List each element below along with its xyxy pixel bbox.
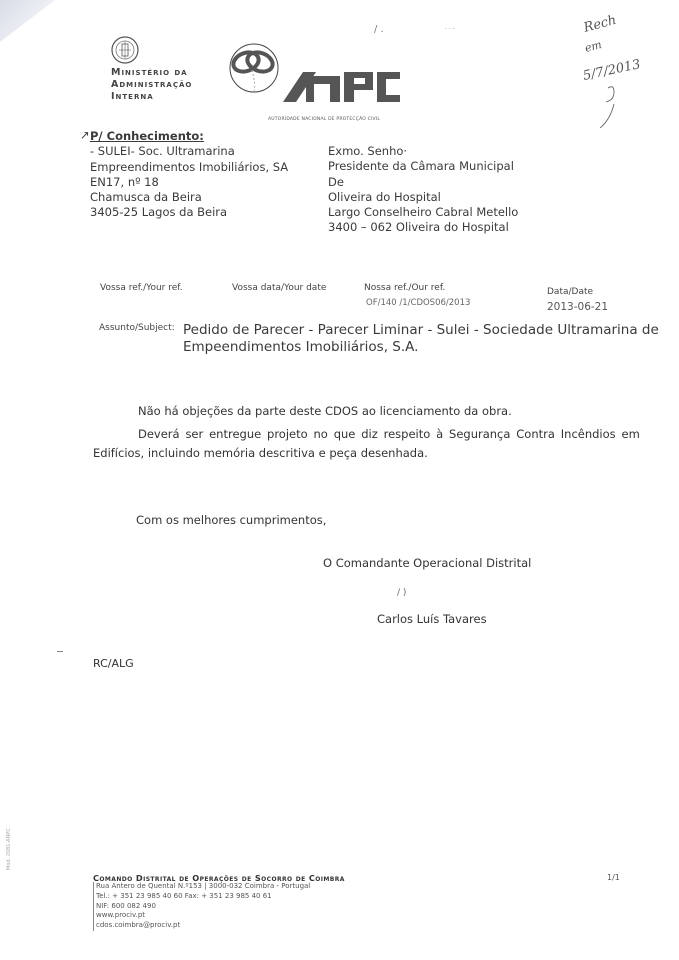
cc-line: EN17, nº 18 — [90, 175, 288, 190]
svg-text:Rech: Rech — [581, 13, 618, 36]
body-paragraph-1: Não há objeções da parte deste CDOS ao l… — [138, 404, 512, 418]
recipient-line: 3400 – 062 Oliveira do Hospital — [328, 220, 518, 235]
footer-website[interactable]: www.prociv.pt — [96, 911, 310, 921]
recipient-line: Largo Conselheiro Cabral Metello — [328, 205, 518, 220]
our-ref-value: OF/140 /1/CDOS06/2013 — [366, 298, 470, 308]
recipient-line: Oliveira do Hospital — [328, 190, 518, 205]
signature-marks: / ) — [397, 588, 406, 598]
your-ref-label: Vossa ref./Your ref. — [100, 283, 183, 293]
subject-line: Pedido de Parecer - Parecer Liminar - Su… — [183, 322, 659, 339]
subject-text: Pedido de Parecer - Parecer Liminar - Su… — [183, 322, 659, 356]
cc-line: - SULEI- Soc. Ultramarina — [90, 144, 288, 159]
signatory-name: Carlos Luís Tavares — [377, 612, 487, 626]
closing-text: Com os melhores cumprimentos, — [136, 513, 326, 527]
handwritten-receipt-note: Rech em 5/7/2013 — [570, 10, 670, 130]
cc-block: P/ Conhecimento: - SULEI- Soc. Ultramari… — [90, 129, 288, 221]
cc-line: Chamusca da Beira — [90, 190, 288, 205]
footer-phone-fax: Tel.: + 351 23 985 40 60 Fax: + 351 23 9… — [96, 892, 310, 902]
footer-email[interactable]: cdos.coimbra@prociv.pt — [96, 921, 310, 931]
cc-line: Empreendimentos Imobiliários, SA — [90, 160, 288, 175]
your-date-label: Vossa data/Your date — [232, 283, 326, 293]
svg-text:em: em — [583, 38, 603, 55]
scan-mark: . . . — [445, 24, 455, 31]
recipient-block: Exmo. Senho· Presidente da Câmara Munici… — [328, 144, 518, 236]
signatory-role: O Comandante Operacional Distrital — [323, 556, 531, 570]
form-code: Mod. 2081-ANPC — [6, 828, 12, 870]
subject-label: Assunto/Subject: — [99, 323, 175, 333]
date-value: 2013-06-21 — [547, 301, 608, 313]
recipient-line: Presidente da Câmara Municipal — [328, 159, 518, 174]
cc-title: P/ Conhecimento: — [90, 129, 288, 144]
body-paragraph-2-line-1: Deverá ser entregue projeto no que diz r… — [138, 427, 640, 441]
recipient-line: De — [328, 175, 518, 190]
cc-arrow-mark: ↗ — [80, 128, 90, 143]
date-label: Data/Date — [547, 287, 593, 297]
subject-line: Empeendimentos Imobiliários, S.A. — [183, 339, 659, 356]
recipient-line: Exmo. Senho· — [328, 144, 518, 159]
reference-initials: RC/ALG — [93, 657, 134, 670]
coat-of-arms-icon — [110, 35, 140, 65]
anpc-subtitle: AUTORIDADE NACIONAL DE PROTECÇÃO CIVIL — [268, 117, 380, 122]
cc-line: 3405-25 Lagos da Beira — [90, 205, 288, 220]
footer-address: Rua Antero de Quental N.º153 | 3000-032 … — [96, 882, 310, 892]
margin-mark — [57, 651, 63, 652]
svg-text:5/7/2013: 5/7/2013 — [582, 57, 642, 84]
scan-mark: / . — [374, 24, 384, 35]
anpc-logo — [228, 40, 403, 120]
footer-nif: NIF: 600 082 490 — [96, 902, 310, 912]
our-ref-label: Nossa ref./Our ref. — [364, 283, 445, 293]
ministry-line: Administração — [111, 79, 192, 91]
ministry-line: Interna — [111, 91, 192, 103]
body-paragraph-2-line-2: Edifícios, incluindo memória descritiva … — [93, 446, 428, 460]
ministry-line: Ministério da — [111, 67, 192, 79]
footer-contact: Rua Antero de Quental N.º153 | 3000-032 … — [93, 882, 310, 931]
scan-corner-shadow — [0, 0, 55, 42]
ministry-name: Ministério da Administração Interna — [111, 67, 192, 103]
page-number: 1/1 — [607, 873, 620, 882]
